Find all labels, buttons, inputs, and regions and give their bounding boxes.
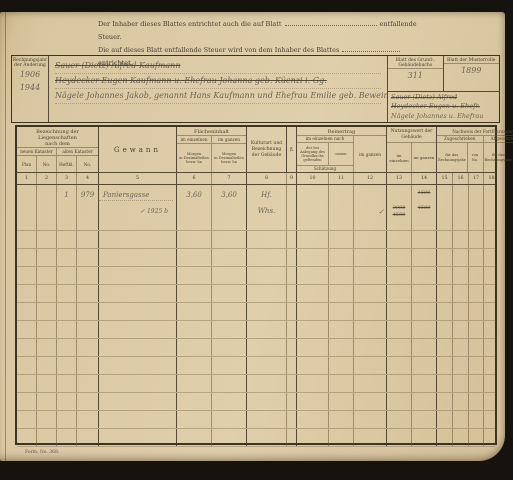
header-im-einzelnen: im einzelnen: [387, 143, 412, 172]
blank-dotted-line: [285, 20, 377, 26]
header-heft: Heftbl.: [57, 156, 77, 172]
side-owner-names: Sauer (Dietz) Alfred Heydecker Eugen u. …: [388, 92, 499, 123]
column-number-row: 1 2 3 4 5 6 7 8 9 10 11 12 13 14 15 16 1…: [17, 173, 495, 185]
culture-type: Hf.: [247, 190, 286, 200]
header-alte-schaetzung: der bei Anlegung des Grundbuchs geltende…: [297, 143, 329, 165]
header-neue-schaetzung: neuen: [329, 143, 353, 165]
header-im-ganzen: im ganzen: [212, 136, 246, 143]
area-single: 3,60: [177, 190, 211, 200]
empty-table-row: [17, 285, 495, 303]
header-unit: Morgen in Dezimalteilen bezw. ha: [177, 144, 212, 172]
empty-table-row: [17, 321, 495, 339]
header-rechnungsjahr: für das Rechnungsjahr: [437, 143, 468, 172]
header-gewann: Gewann: [99, 127, 177, 172]
change-year: 1906: [12, 68, 48, 81]
header-liegenschaften: Bezeichnung der Liegenschaften nach dem …: [17, 127, 99, 172]
blank-dotted-line: [342, 46, 400, 52]
header-unit: Morgen in Dezimalteilen bezw. ha: [212, 144, 246, 172]
nutzwert-crossed: 4500: [387, 212, 411, 219]
owner-box: Rechnungsjahr der Änderung 1906 1944 Sau…: [11, 55, 500, 123]
parcel-number: 979: [77, 190, 98, 200]
area-total: 3,60: [212, 190, 246, 200]
owner-names-area: Sauer (Dietz) Alfred Kaufmann Heydecker …: [49, 56, 387, 122]
revision-note: ✓ 1925 b: [99, 207, 176, 217]
header-im-einzelnen-nach: im einzelnen nach: [297, 136, 353, 143]
empty-ledger-rows: [17, 231, 495, 447]
header-rechnungsjahr: für das Rechnungsjahr: [484, 143, 513, 172]
empty-table-row: [17, 357, 495, 375]
year-column-header: Rechnungsjahr der Änderung: [12, 56, 48, 68]
header-im-ganzen: im ganzen: [354, 136, 386, 172]
header-klasse: Kl.: [287, 127, 297, 172]
empty-table-row: [17, 429, 495, 447]
empty-table-row: [17, 339, 495, 357]
form-number: Form. No. 368.: [25, 450, 59, 455]
top-note-line1: Der Inhaber dieses Blattes entrichtet au…: [98, 18, 438, 44]
nutzwert-crossed: 1500: [412, 190, 436, 197]
header-reinertrag: Reinertrag im einzelnen nach der bei Anl…: [297, 127, 387, 172]
header-von-no: von No.: [468, 143, 484, 172]
heft-value: 1: [57, 190, 76, 200]
change-year: 1944: [12, 81, 48, 94]
musterrolle-blatt-value: 1899: [444, 64, 500, 78]
grundbuch-blatt-value: 311: [388, 69, 443, 83]
empty-table-row: [17, 393, 495, 411]
header-im-ganzen: im ganzen: [412, 143, 436, 172]
header-no: No.: [37, 156, 57, 172]
header-kulturart: Kulturart und Bezeichnung der Gebäude: [247, 127, 287, 172]
empty-table-row: [17, 375, 495, 393]
scanned-ledger-screenshot: { "scan": { "top_note_line1_pre": "Der I…: [0, 0, 513, 480]
side-owner-entry: Nägele Johannes u. Ehefrau: [391, 112, 496, 122]
owner-entry: Heydecker Eugen Kaufmann u. Ehefrau Joha…: [55, 74, 381, 89]
reference-blatt-cells: Blatt des Grund-, Gebäudebuchs 311 Blatt…: [388, 56, 499, 92]
side-owner-entry: Heydecker Eugen u. Ehefr.: [391, 102, 496, 112]
grundbuch-blatt-cell: Blatt des Grund-, Gebäudebuchs 311: [388, 56, 444, 91]
musterrolle-blatt-label: Blatt der Musterrolle: [444, 56, 500, 64]
header-alten-kataster: alten Kataster: [57, 148, 98, 155]
owner-entry: Sauer (Dietz) Alfred Kaufmann: [55, 59, 381, 74]
owner-entry: Nägele Johannes Jakob, genannt Hans Kauf…: [55, 89, 381, 104]
parcel-entry-row: 1 979 Paniersgasse ✓ 1925 b 3,60 3,60 Hf…: [17, 185, 495, 231]
table-header: Bezeichnung der Liegenschaften nach dem …: [17, 127, 495, 173]
document-page: Der Inhaber dieses Blattes entrichtet au…: [0, 12, 505, 461]
side-owner-entry: Sauer (Dietz) Alfred: [391, 93, 496, 103]
accounting-year-column: Rechnungsjahr der Änderung 1906 1944: [12, 56, 49, 122]
check-mark: ✓: [354, 207, 386, 217]
top-note-line1-pre: Der Inhaber dieses Blattes entrichtet au…: [98, 20, 282, 28]
top-note-line2-pre: Die auf dieses Blatt entfallende Steuer …: [98, 46, 339, 54]
empty-table-row: [17, 303, 495, 321]
grundbuch-blatt-label: Blatt des Grund-, Gebäudebuchs: [388, 56, 443, 69]
reference-blatt-box: Blatt des Grund-, Gebäudebuchs 311 Blatt…: [387, 56, 499, 122]
nutzwert-crossed: 3000: [387, 205, 411, 212]
parcel-ledger-table: Bezeichnung der Liegenschaften nach dem …: [15, 125, 497, 445]
empty-table-row: [17, 411, 495, 429]
header-no: No.: [77, 156, 98, 172]
header-neuen-kataster: neuen Kataster: [17, 148, 57, 155]
header-schaetzung: Schätzung: [297, 165, 353, 172]
empty-table-row: [17, 267, 495, 285]
header-flaecheninhalt: Flächeninhalt im einzelnen im ganzen Mor…: [177, 127, 247, 172]
header-fortfuehrungen: Nachweis der Fortführungen Zugeschrieben…: [437, 127, 513, 172]
gewann-name: Paniersgasse: [99, 190, 173, 201]
header-im-einzelnen: im einzelnen: [177, 136, 212, 143]
nutzwert-crossed: 4500: [412, 205, 436, 212]
musterrolle-blatt-cell: Blatt der Musterrolle 1899: [444, 56, 500, 91]
header-plan: Plan: [17, 156, 37, 172]
culture-type: Whs.: [247, 206, 286, 216]
empty-table-row: [17, 249, 495, 267]
header-nutzungswert: Nutzungswert der Gebäude im einzelnen im…: [387, 127, 437, 172]
empty-table-row: [17, 231, 495, 249]
